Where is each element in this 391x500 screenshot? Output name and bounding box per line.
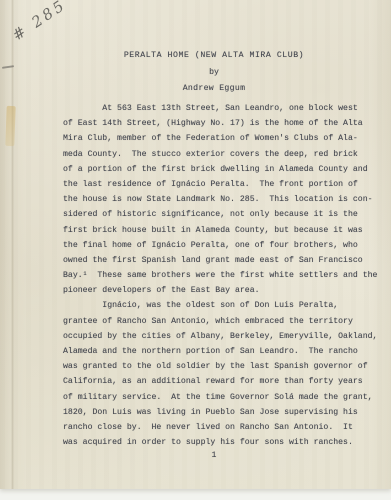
paragraph-1: At 563 East 13th Street, San Leandro, on…: [63, 101, 365, 298]
typed-line: Alameda and the northern portion of San …: [63, 344, 365, 359]
document-title: PERALTA HOME (NEW ALTA MIRA CLUB): [63, 51, 365, 60]
typed-line: of East 14th Street, (Highway No. 17) is…: [63, 116, 365, 131]
typed-line: the last residence of Ignácio Peralta. T…: [63, 177, 365, 192]
typed-line: the final home of Ignácio Peralta, one o…: [63, 238, 365, 253]
typed-line: first brick house built in Alameda Count…: [63, 223, 365, 238]
typed-line: owned the first Spanish land grant made …: [63, 253, 365, 268]
tape-stain: [5, 106, 15, 146]
author-name: Andrew Eggum: [63, 84, 365, 93]
scanned-page: # 285 PERALTA HOME (NEW ALTA MIRA CLUB) …: [0, 0, 391, 500]
typed-line: sidered of historic significance, not on…: [63, 207, 365, 222]
typed-line: grantee of Rancho San Antonio, which emb…: [63, 314, 365, 329]
fold-crease: [11, 0, 14, 489]
typed-line: of military service. At the time Governo…: [63, 390, 365, 405]
typed-line: Mira Club, member of the Federation of W…: [63, 131, 365, 146]
typed-line: Ignácio, was the oldest son of Don Luis …: [63, 298, 365, 313]
typed-line: rancho close by. He never lived on Ranch…: [63, 420, 365, 435]
handwritten-catalog-number: # 285: [9, 0, 70, 44]
paragraph-2: Ignácio, was the oldest son of Don Luis …: [63, 298, 365, 450]
byline: by: [63, 68, 365, 77]
typed-line: meda County. The stucco exterior covers …: [63, 147, 365, 162]
typed-line: pioneer developers of the East Bay area.: [63, 283, 365, 298]
typed-line: occupied by the cities of Albany, Berkel…: [63, 329, 365, 344]
typed-line: 1820, Don Luis was living in Pueblo San …: [63, 405, 365, 420]
typed-line: was granted to the old soldier by the la…: [63, 359, 365, 374]
typed-line: California, as an additional reward for …: [63, 374, 365, 389]
typed-line: of a portion of the first brick dwelling…: [63, 162, 365, 177]
document-body: At 563 East 13th Street, San Leandro, on…: [63, 101, 365, 450]
typed-line: was acquired in order to supply his four…: [63, 435, 365, 450]
paper-sheet: # 285 PERALTA HOME (NEW ALTA MIRA CLUB) …: [0, 0, 391, 489]
typed-line: the house is now State Landmark No. 285.…: [63, 192, 365, 207]
typed-line: At 563 East 13th Street, San Leandro, on…: [63, 101, 365, 116]
page-number: 1: [63, 451, 365, 460]
typed-line: Bay.¹ These same brothers were the first…: [63, 268, 365, 283]
